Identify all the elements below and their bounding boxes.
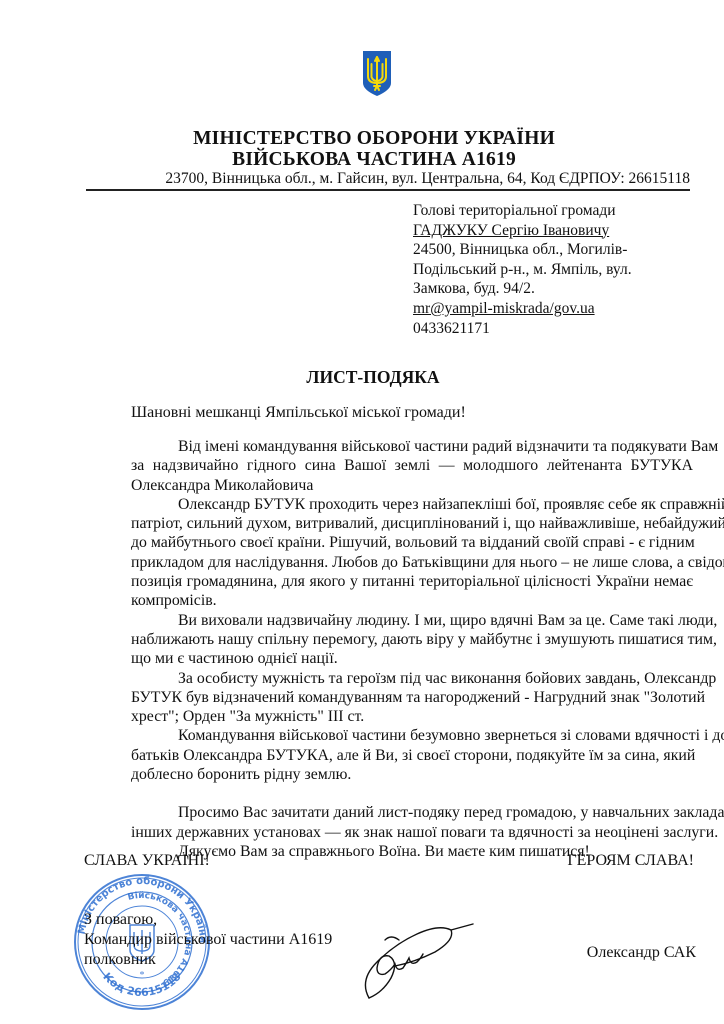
- text-line: хрест"; Орден "За мужність" ІІІ ст.: [84, 707, 693, 726]
- header-divider: [86, 189, 690, 191]
- recipient-address-line: Подільський р-н., м. Ямпіль, вул.: [413, 260, 683, 280]
- text-line: компромісів.: [84, 591, 693, 610]
- text-line: патріот, сильний духом, витривалий, дисц…: [84, 514, 693, 533]
- salutation: Шановні мешканці Ямпільської міської гро…: [131, 404, 466, 422]
- recipient-address-line: Замкова, буд. 94/2.: [413, 279, 683, 299]
- recipient-block: Голові територіальної громади ГАДЖУКУ Се…: [413, 201, 683, 338]
- text-line: доблесно боронить рідну землю.: [84, 765, 693, 784]
- recipient-email-link[interactable]: mr@yampil-miskrada/gov.ua: [413, 299, 683, 319]
- signer-position: Командир військової частини А1619: [84, 930, 332, 950]
- text-line: наближають нашу спільну перемогу, дають …: [84, 630, 693, 649]
- paragraph: Просимо Вас зачитати даний лист-подяку п…: [84, 803, 693, 842]
- paragraph: Ви виховали надзвичайну людину. І ми, щи…: [84, 611, 693, 669]
- text-line: до майбутнього своєї країни. Рішучий, во…: [84, 533, 693, 552]
- letter-body: Від імені командування військової частин…: [84, 437, 693, 861]
- coat-of-arms-icon: [362, 50, 392, 97]
- text-line: За особисту мужність та героїзм під час …: [84, 669, 693, 688]
- text-line: інших державних установах — як знак нашо…: [84, 823, 693, 842]
- text-line: Від імені командування військової частин…: [84, 437, 693, 456]
- paragraph: Командування військової частини безумовн…: [84, 726, 693, 784]
- text-line: прикладом для наслідування. Любов до Бат…: [84, 553, 693, 572]
- paragraph: За особисту мужність та героїзм під час …: [84, 669, 693, 727]
- text-line: за надзвичайно гідного сина Вашої землі …: [84, 456, 693, 475]
- text-line: БУТУК був відзначений командуванням та н…: [84, 688, 693, 707]
- paragraph: Від імені командування військової частин…: [84, 437, 693, 495]
- signature-block: З повагою, Командир військової частини А…: [84, 910, 332, 970]
- text-line: Командування військової частини безумовн…: [84, 726, 693, 745]
- text-line: батьків Олександра БУТУКА, але й Ви, зі …: [84, 746, 693, 765]
- recipient-name: ГАДЖУКУ Сергію Івановичу: [413, 221, 683, 241]
- text-line: Просимо Вас зачитати даний лист-подяку п…: [84, 803, 693, 822]
- ministry-title: МІНІСТЕРСТВО ОБОРОНИ УКРАЇНИ: [12, 128, 724, 150]
- svg-text:*: *: [140, 970, 145, 981]
- paragraph: Олександр БУТУК проходить через найзапек…: [84, 495, 693, 611]
- closing-phrase: З повагою,: [84, 910, 332, 930]
- letter-page: МІНІСТЕРСТВО ОБОРОНИ УКРАЇНИ ВІЙСЬКОВА Ч…: [0, 0, 724, 1024]
- signer-rank: полковник: [84, 950, 332, 970]
- text-line: що ми є частиною однієї нації.: [84, 649, 693, 668]
- signer-name: Олександр САК: [587, 944, 696, 962]
- recipient-phone: 0433621171: [413, 319, 683, 339]
- unit-title: ВІЙСЬКОВА ЧАСТИНА А1619: [12, 149, 724, 171]
- text-line: Олександр БУТУК проходить через найзапек…: [84, 495, 693, 514]
- text-line: Ви виховали надзвичайну людину. І ми, щи…: [84, 611, 693, 630]
- document-title: ЛИСТ-ПОДЯКА: [0, 367, 724, 388]
- recipient-position: Голові територіальної громади: [413, 201, 683, 221]
- text-line: позиція громадянина, для якого у питанні…: [84, 572, 693, 591]
- closing-slogan-left: СЛАВА УКРАЇНІ!: [84, 852, 210, 870]
- closing-slogan-right: ГЕРОЯМ СЛАВА!: [567, 852, 694, 870]
- handwritten-signature-icon: [355, 910, 475, 1005]
- recipient-address-line: 24500, Вінницька обл., Могилів-: [413, 240, 683, 260]
- text-line: Олександра Миколайовича: [84, 476, 693, 495]
- unit-address: 23700, Вінницька обл., м. Гайсин, вул. Ц…: [85, 170, 690, 188]
